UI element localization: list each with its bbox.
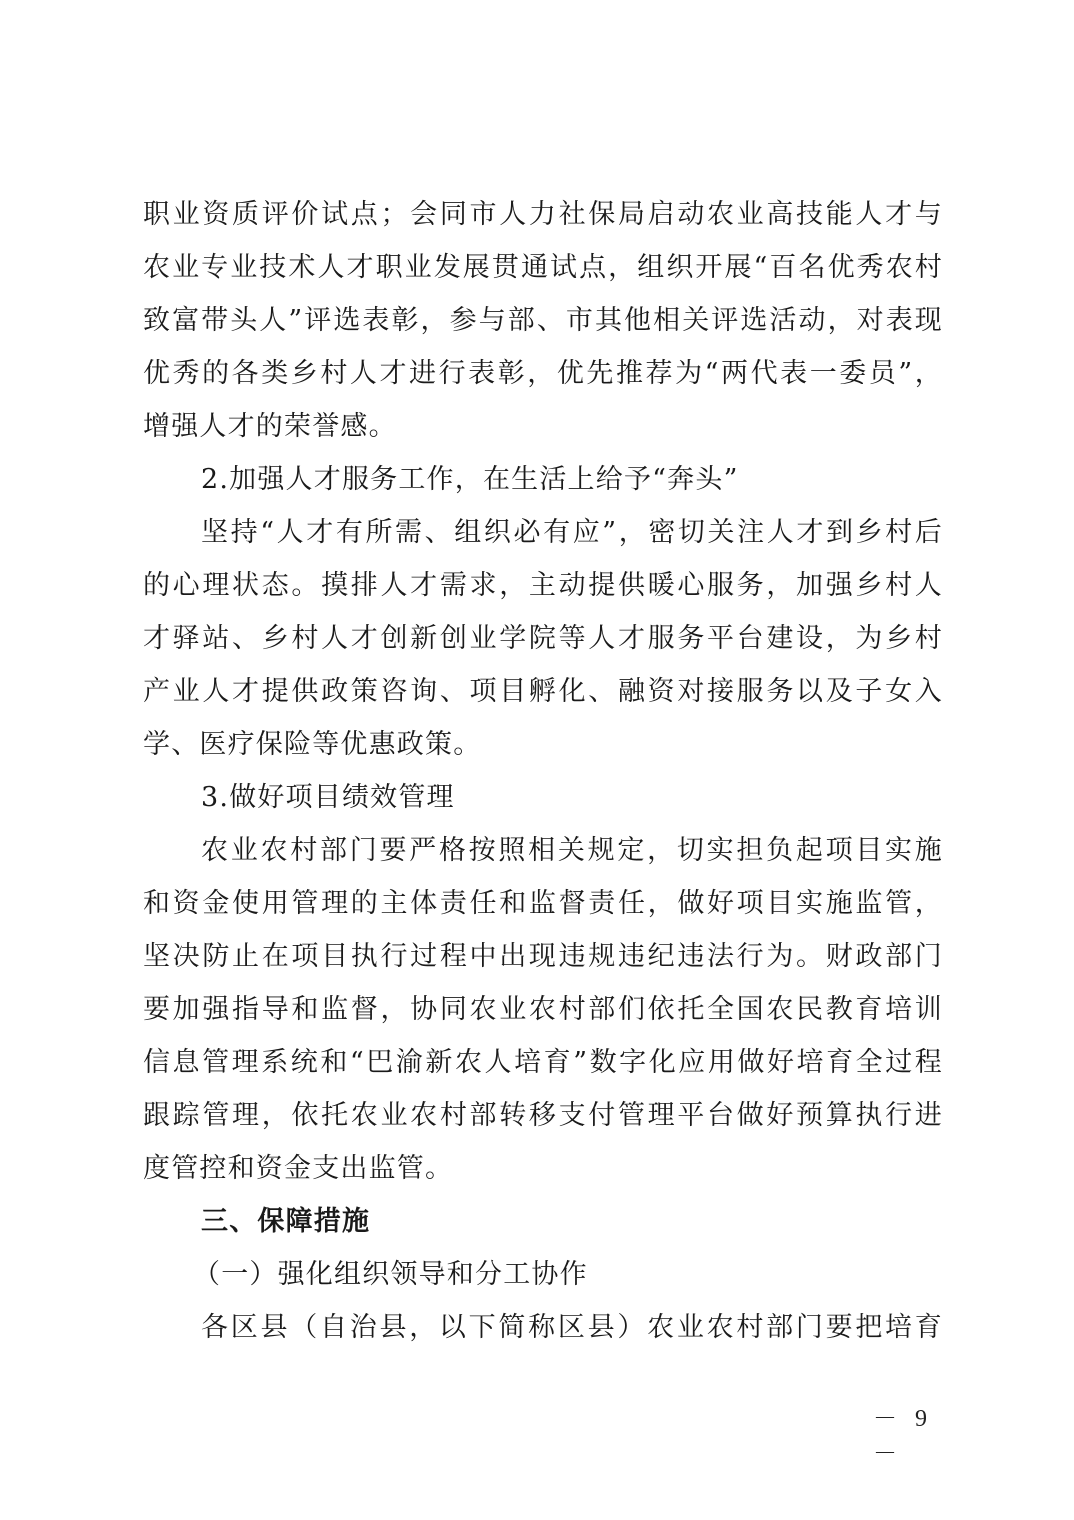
text-line: 职业资质评价试点；会同市人力社保局启动农业高技能人才与	[143, 188, 943, 241]
text-line: 才驿站、乡村人才创新创业学院等人才服务平台建设，为乡村	[143, 612, 943, 665]
text-line: 致富带头人”评选表彰，参与部、市其他相关评选活动，对表现	[143, 294, 943, 347]
subsection-heading: （一）强化组织领导和分工协作	[143, 1248, 943, 1301]
text-line: 产业人才提供政策咨询、项目孵化、融资对接服务以及子女入	[143, 665, 943, 718]
text-line: 农业农村部门要严格按照相关规定，切实担负起项目实施	[143, 824, 943, 877]
text-line: 增强人才的荣誉感。	[143, 400, 943, 453]
text-line: 和资金使用管理的主体责任和监督责任，做好项目实施监管，	[143, 877, 943, 930]
text-line: 农业专业技术人才职业发展贯通试点，组织开展“百名优秀农村	[143, 241, 943, 294]
page-number: － 9 －	[873, 1398, 953, 1468]
text-line: 坚决防止在项目执行过程中出现违规违纪违法行为。财政部门	[143, 930, 943, 983]
text-line: 要加强指导和监督，协同农业农村部们依托全国农民教育培训	[143, 983, 943, 1036]
text-line: 学、医疗保险等优惠政策。	[143, 718, 943, 771]
document-page: 职业资质评价试点；会同市人力社保局启动农业高技能人才与 农业专业技术人才职业发展…	[0, 0, 1074, 1520]
text-line: 度管控和资金支出监管。	[143, 1142, 943, 1195]
text-line: 信息管理系统和“巴渝新农人培育”数字化应用做好培育全过程	[143, 1036, 943, 1089]
text-line: 的心理状态。摸排人才需求，主动提供暖心服务，加强乡村人	[143, 559, 943, 612]
item-heading-2: 2.加强人才服务工作，在生活上给予“奔头”	[143, 453, 943, 506]
text-line: 各区县（自治县，以下简称区县）农业农村部门要把培育	[143, 1301, 943, 1354]
body-text: 职业资质评价试点；会同市人力社保局启动农业高技能人才与 农业专业技术人才职业发展…	[143, 188, 943, 1354]
item-heading-3: 3.做好项目绩效管理	[143, 771, 943, 824]
text-line: 跟踪管理，依托农业农村部转移支付管理平台做好预算执行进	[143, 1089, 943, 1142]
text-line: 坚持“人才有所需、组织必有应”，密切关注人才到乡村后	[143, 506, 943, 559]
text-line: 优秀的各类乡村人才进行表彰，优先推荐为“两代表一委员”，	[143, 347, 943, 400]
section-heading: 三、保障措施	[143, 1195, 943, 1248]
